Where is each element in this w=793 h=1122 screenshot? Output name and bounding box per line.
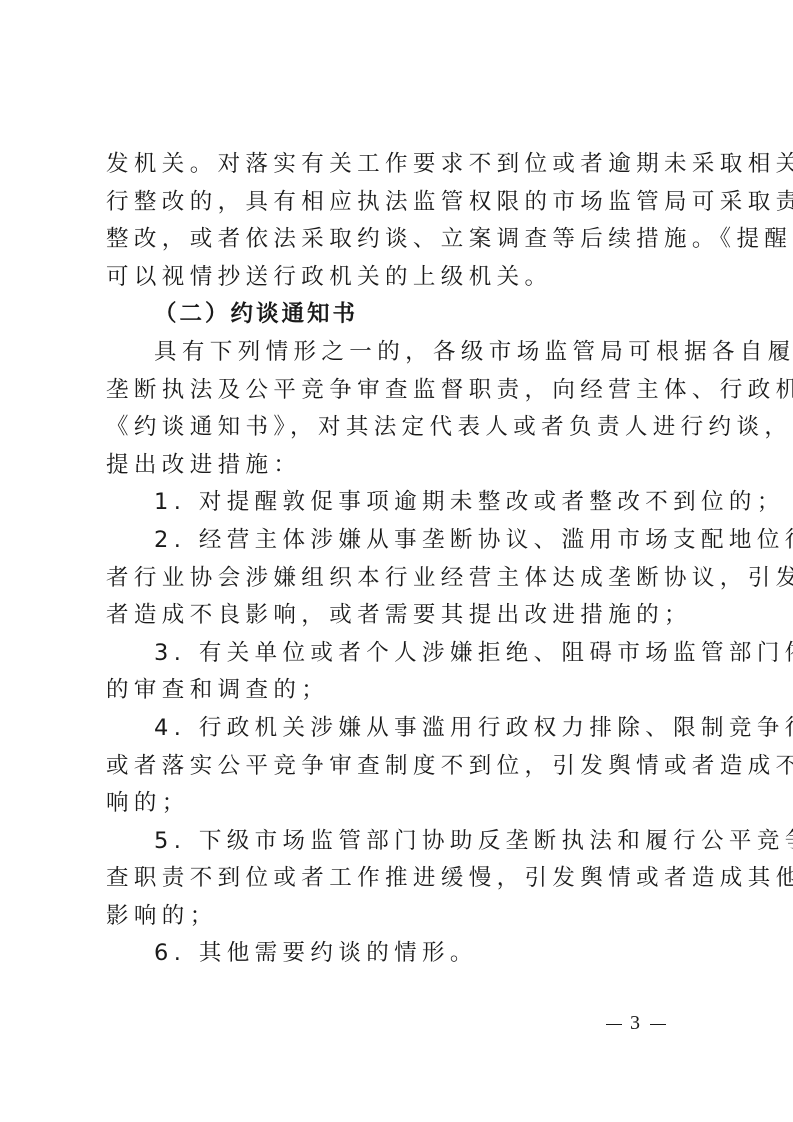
list-item: 4. 行政机关涉嫌从事滥用行政权力排除、限制竞争行为， 或者落实公平竞争审查制度…: [106, 710, 696, 823]
text-line: 垄断执法及公平竞争审查监督职责，向经营主体、行政机关发出: [106, 372, 696, 410]
text-line: 整改，或者依法采取约谈、立案调查等后续措施。《提醒敦促函》: [106, 221, 696, 259]
text-line: 查职责不到位或者工作推进缓慢，引发舆情或者造成其他不良: [106, 860, 696, 898]
list-item: 5. 下级市场监管部门协助反垄断执法和履行公平竞争审 查职责不到位或者工作推进缓…: [106, 823, 696, 936]
text-line: 响的；: [106, 785, 696, 823]
section-heading: （二）约谈通知书: [106, 296, 696, 334]
text-line: 1. 对提醒敦促事项逾期未整改或者整改不到位的；: [106, 484, 696, 522]
text-line: 《约谈通知书》，对其法定代表人或者负责人进行约谈，要求其: [106, 409, 696, 447]
paragraph-continuation: 发机关。对落实有关工作要求不到位或者逾期未采取相关措施进 行整改的，具有相应执法…: [106, 146, 696, 296]
text-line: 或者落实公平竞争审查制度不到位，引发舆情或者造成不良影: [106, 748, 696, 786]
list-item: 1. 对提醒敦促事项逾期未整改或者整改不到位的；: [106, 484, 696, 522]
text-line: 4. 行政机关涉嫌从事滥用行政权力排除、限制竞争行为，: [106, 710, 696, 748]
text-line: 3. 有关单位或者个人涉嫌拒绝、阻碍市场监管部门依法实施: [106, 635, 696, 673]
paragraph-body: 具有下列情形之一的，各级市场监管局可根据各自履行的反 垄断执法及公平竞争审查监督…: [106, 334, 696, 484]
text-line: 具有下列情形之一的，各级市场监管局可根据各自履行的反: [106, 334, 696, 372]
text-line: 提出改进措施：: [106, 447, 696, 485]
text-line: 者行业协会涉嫌组织本行业经营主体达成垄断协议，引发舆情或: [106, 560, 696, 598]
text-line: 行整改的，具有相应执法监管权限的市场监管局可采取责令限期: [106, 184, 696, 222]
text-line: 6. 其他需要约谈的情形。: [106, 935, 696, 973]
dash-right: [650, 1024, 666, 1025]
text-line: 5. 下级市场监管部门协助反垄断执法和履行公平竞争审: [106, 823, 696, 861]
page-number-value: 3: [630, 1012, 642, 1034]
dash-left: [606, 1024, 622, 1025]
text-line: 发机关。对落实有关工作要求不到位或者逾期未采取相关措施进: [106, 146, 696, 184]
text-line: 影响的；: [106, 898, 696, 936]
list-item: 3. 有关单位或者个人涉嫌拒绝、阻碍市场监管部门依法实施 的审查和调查的；: [106, 635, 696, 710]
list-item: 6. 其他需要约谈的情形。: [106, 935, 696, 973]
text-line: 者造成不良影响，或者需要其提出改进措施的；: [106, 597, 696, 635]
text-line: 可以视情抄送行政机关的上级机关。: [106, 259, 696, 297]
text-line: 2. 经营主体涉嫌从事垄断协议、滥用市场支配地位行为，或: [106, 522, 696, 560]
list-item: 2. 经营主体涉嫌从事垄断协议、滥用市场支配地位行为，或 者行业协会涉嫌组织本行…: [106, 522, 696, 635]
document-page: 发机关。对落实有关工作要求不到位或者逾期未采取相关措施进 行整改的，具有相应执法…: [106, 146, 696, 973]
text-line: 的审查和调查的；: [106, 672, 696, 710]
page-number: 3: [598, 1012, 674, 1035]
